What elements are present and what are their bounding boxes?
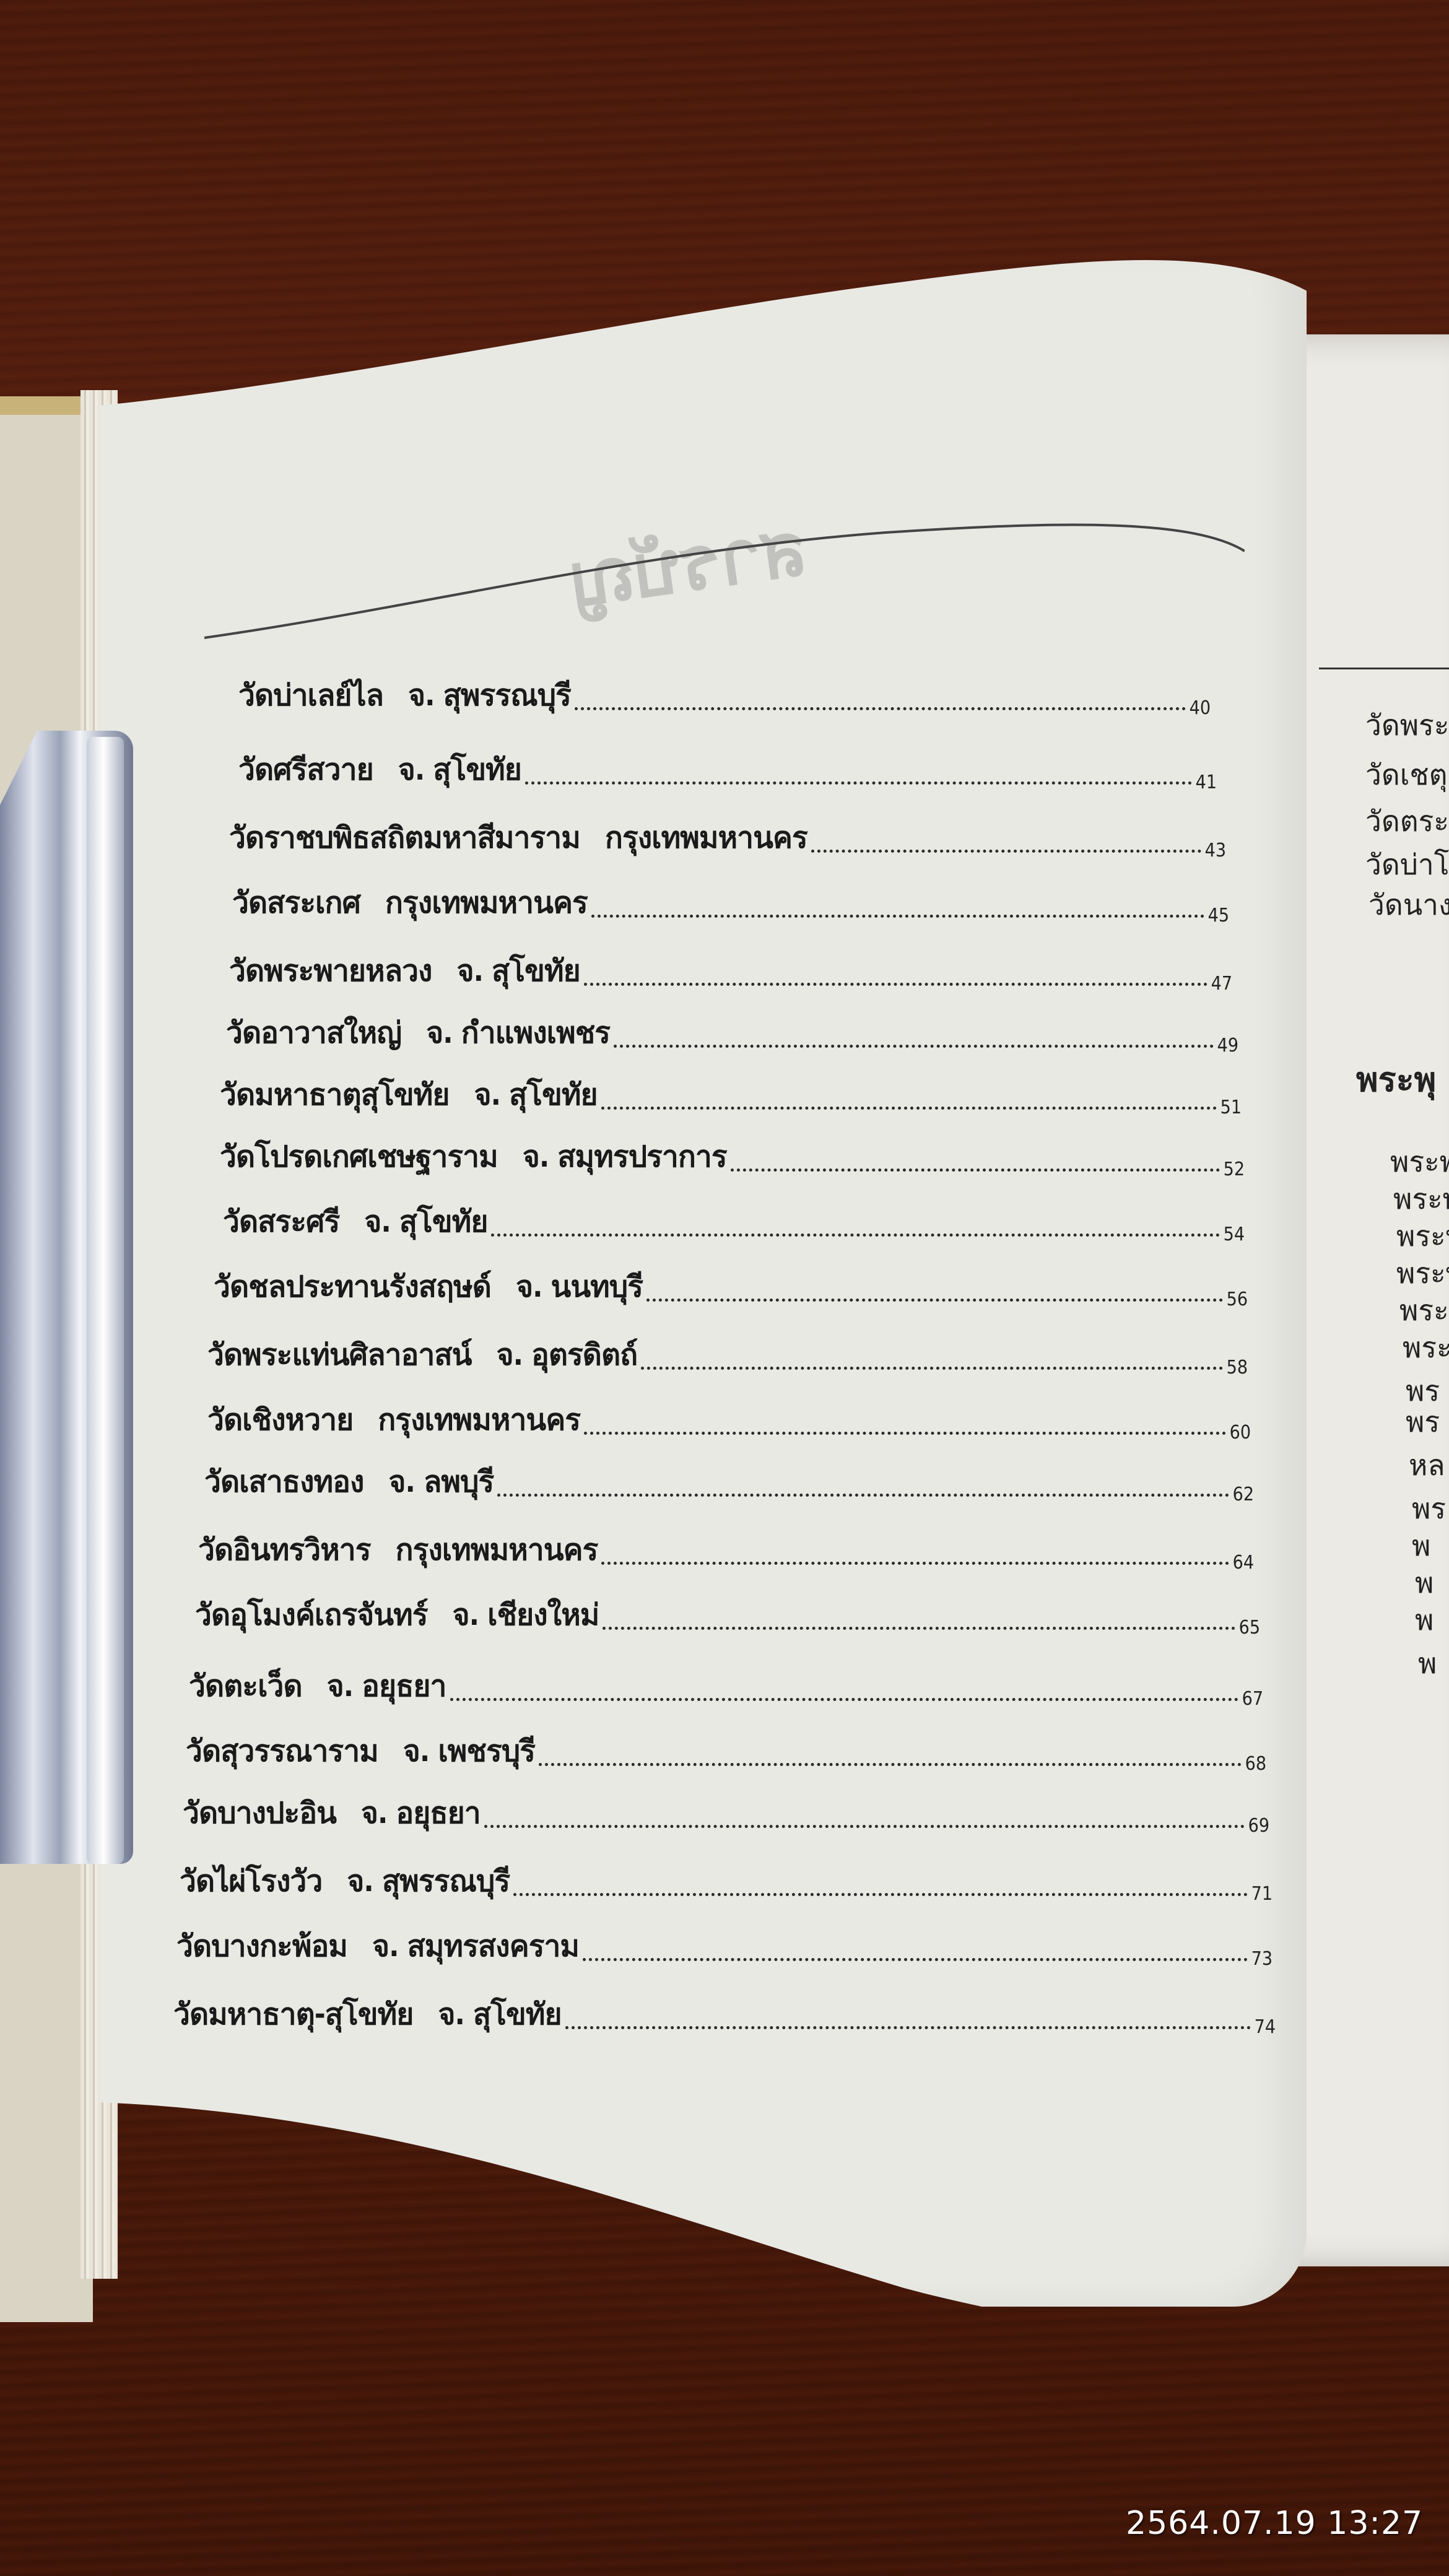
page-number: 74 (1255, 2016, 1276, 2038)
toc-entry: วัดชลประทานรังสฤษด์จ. นนทบุรี56 (214, 1263, 1248, 1310)
province-name: จ. อยุธยา (327, 1663, 446, 1710)
toc-entry: วัดเชิงหวายกรุงเทพมหานคร60 (207, 1396, 1251, 1443)
toc-entry: วัดสระศรีจ. สุโขทัย54 (223, 1198, 1245, 1245)
dot-leader (575, 707, 1186, 710)
dot-leader (601, 1562, 1229, 1565)
toc-entry: วัดสุวรรณารามจ. เพชรบุรี68 (186, 1728, 1266, 1775)
page-number: 65 (1239, 1617, 1260, 1638)
province-name: จ. กำแพงเพชร (426, 1009, 610, 1056)
province-name: กรุงเทพมหานคร (396, 1526, 598, 1573)
temple-name: วัดอินทรวิหาร (198, 1526, 371, 1573)
temple-name: วัดชลประทานรังสฤษด์ (214, 1263, 491, 1310)
page-number: 54 (1224, 1224, 1245, 1245)
temple-name: วัดสุวรรณาราม (186, 1728, 378, 1775)
province-name: จ. ลพบุรี (388, 1458, 494, 1505)
temple-name: วัดตะเว็ด (189, 1663, 302, 1710)
dot-leader (811, 850, 1201, 853)
temple-name: วัดศรีสวาย (238, 746, 373, 793)
toc-entry: วัดตะเว็ดจ. อยุธยา67 (189, 1663, 1263, 1710)
province-name: จ. สุพรรณบุรี (408, 672, 571, 719)
province-name: กรุงเทพมหานคร (605, 814, 807, 861)
page-number: 64 (1233, 1552, 1254, 1573)
temple-name: วัดมหาธาตุ-สุโขทัย (173, 1991, 413, 2038)
temple-name: วัดอาวาสใหญ่ (226, 1009, 401, 1056)
toc-entry: วัดอาวาสใหญ่จ. กำแพงเพชร49 (226, 1009, 1238, 1056)
dot-leader (614, 1045, 1214, 1048)
dot-leader (584, 1432, 1226, 1435)
province-name: จ. สุโขทัย (474, 1071, 597, 1118)
province-name: กรุงเทพมหานคร (385, 879, 588, 926)
page-number: 45 (1208, 905, 1229, 926)
toc-entry: วัดราชบพิธสถิตมหาสีมารามกรุงเทพมหานคร43 (229, 814, 1226, 861)
toc-entry: วัดพระแท่นศิลาอาสน์จ. อุตรดิตถ์58 (207, 1331, 1248, 1378)
province-name: จ. สุโขทัย (364, 1198, 487, 1245)
temple-name: วัดมหาธาตุสุโขทัย (220, 1071, 449, 1118)
toc-entry: วัดบางกะพ้อมจ. สมุทรสงคราม73 (176, 1923, 1273, 1970)
page-number: 69 (1248, 1815, 1269, 1837)
page-number: 52 (1224, 1159, 1245, 1180)
toc-entry: วัดบางปะอินจ. อยุธยา69 (183, 1790, 1269, 1837)
page-number: 67 (1242, 1688, 1263, 1710)
page-number: 41 (1196, 772, 1217, 793)
dot-leader (603, 1627, 1235, 1630)
page-number: 51 (1221, 1097, 1242, 1118)
temple-name: วัดบางปะอิน (183, 1790, 336, 1837)
page-number: 73 (1251, 1948, 1273, 1970)
dot-leader (641, 1367, 1222, 1370)
toc-entry: วัดพระพายหลวงจ. สุโขทัย47 (229, 947, 1232, 994)
toc-entry: วัดมหาธาตุสุโขทัยจ. สุโขทัย51 (220, 1071, 1242, 1118)
page-number: 71 (1251, 1883, 1273, 1905)
dot-leader (584, 983, 1207, 986)
province-name: จ. สมุทรสงคราม (372, 1923, 579, 1970)
dot-leader (539, 1763, 1242, 1766)
temple-name: วัดสระเกศ (232, 879, 360, 926)
temple-name: วัดเชิงหวาย (207, 1396, 353, 1443)
camera-timestamp: 2564.07.19 13:27 (1126, 2505, 1423, 2542)
dot-leader (731, 1168, 1220, 1172)
province-name: จ. อยุธยา (361, 1790, 481, 1837)
province-name: กรุงเทพมหานคร (378, 1396, 580, 1443)
province-name: จ. สมุทรปราการ (523, 1133, 727, 1180)
dot-leader (491, 1234, 1219, 1237)
temple-name: วัดบางกะพ้อม (176, 1923, 347, 1970)
metal-clip-ridge (87, 737, 124, 1864)
temple-name: วัดราชบพิธสถิตมหาสีมาราม (229, 814, 580, 861)
toc-entry: วัดอินทรวิหารกรุงเทพมหานคร64 (198, 1526, 1254, 1573)
page-number: 60 (1230, 1422, 1251, 1443)
toc-entry: วัดสระเกศกรุงเทพมหานคร45 (232, 879, 1229, 926)
page-number: 43 (1205, 840, 1226, 861)
page-number: 68 (1245, 1753, 1266, 1775)
temple-name: วัดสระศรี (223, 1198, 339, 1245)
toc-entry: วัดบ่าเลย์ไลจ. สุพรรณบุรี40 (238, 672, 1211, 719)
toc-entry: วัดไผ่โรงวัวจ. สุพรรณบุรี71 (180, 1858, 1273, 1905)
toc-entry: วัดเสาธงทองจ. ลพบุรี62 (204, 1458, 1254, 1505)
toc-entry: วัดศรีสวายจ. สุโขทัย41 (238, 746, 1217, 793)
dot-leader (484, 1825, 1245, 1828)
toc-entry: วัดอุโมงค์เถรจันทร์จ. เชียงใหม่65 (195, 1591, 1260, 1638)
temple-name: วัดพระพายหลวง (229, 947, 432, 994)
toc-entry: วัดมหาธาตุ-สุโขทัยจ. สุโขทัย74 (173, 1991, 1276, 2038)
dot-leader (513, 1893, 1248, 1896)
temple-name: วัดไผ่โรงวัว (180, 1858, 322, 1905)
page-number: 49 (1217, 1035, 1238, 1056)
province-name: จ. สุโขทัย (438, 1991, 561, 2038)
dot-leader (450, 1698, 1238, 1701)
dot-leader (525, 781, 1192, 785)
table-of-contents: วัดบ่าเลย์ไลจ. สุพรรณบุรี40วัดศรีสวายจ. … (0, 0, 1449, 2576)
temple-name: วัดอุโมงค์เถรจันทร์ (195, 1591, 428, 1638)
dot-leader (497, 1494, 1229, 1497)
page-number: 58 (1227, 1357, 1248, 1378)
province-name: จ. สุโขทัย (398, 746, 521, 793)
province-name: จ. เชียงใหม่ (453, 1591, 599, 1638)
toc-entry: วัดโปรดเกศเชษฐารามจ. สมุทรปราการ52 (220, 1133, 1245, 1180)
dot-leader (646, 1299, 1223, 1302)
temple-name: วัดโปรดเกศเชษฐาราม (220, 1133, 498, 1180)
dot-leader (565, 2026, 1251, 2029)
province-name: จ. เพชรบุรี (403, 1728, 535, 1775)
province-name: จ. อุตรดิตถ์ (496, 1331, 637, 1378)
page-number: 47 (1211, 973, 1232, 994)
page-number: 62 (1233, 1484, 1254, 1505)
page-number: 40 (1190, 697, 1211, 719)
temple-name: วัดพระแท่นศิลาอาสน์ (207, 1331, 471, 1378)
page-number: 56 (1227, 1289, 1248, 1310)
temple-name: วัดเสาธงทอง (204, 1458, 363, 1505)
temple-name: วัดบ่าเลย์ไล (238, 672, 383, 719)
province-name: จ. สุพรรณบุรี (347, 1858, 510, 1905)
province-name: จ. สุโขทัย (457, 947, 580, 994)
dot-leader (601, 1107, 1217, 1110)
dot-leader (591, 915, 1204, 918)
province-name: จ. นนทบุรี (516, 1263, 643, 1310)
dot-leader (583, 1958, 1248, 1961)
